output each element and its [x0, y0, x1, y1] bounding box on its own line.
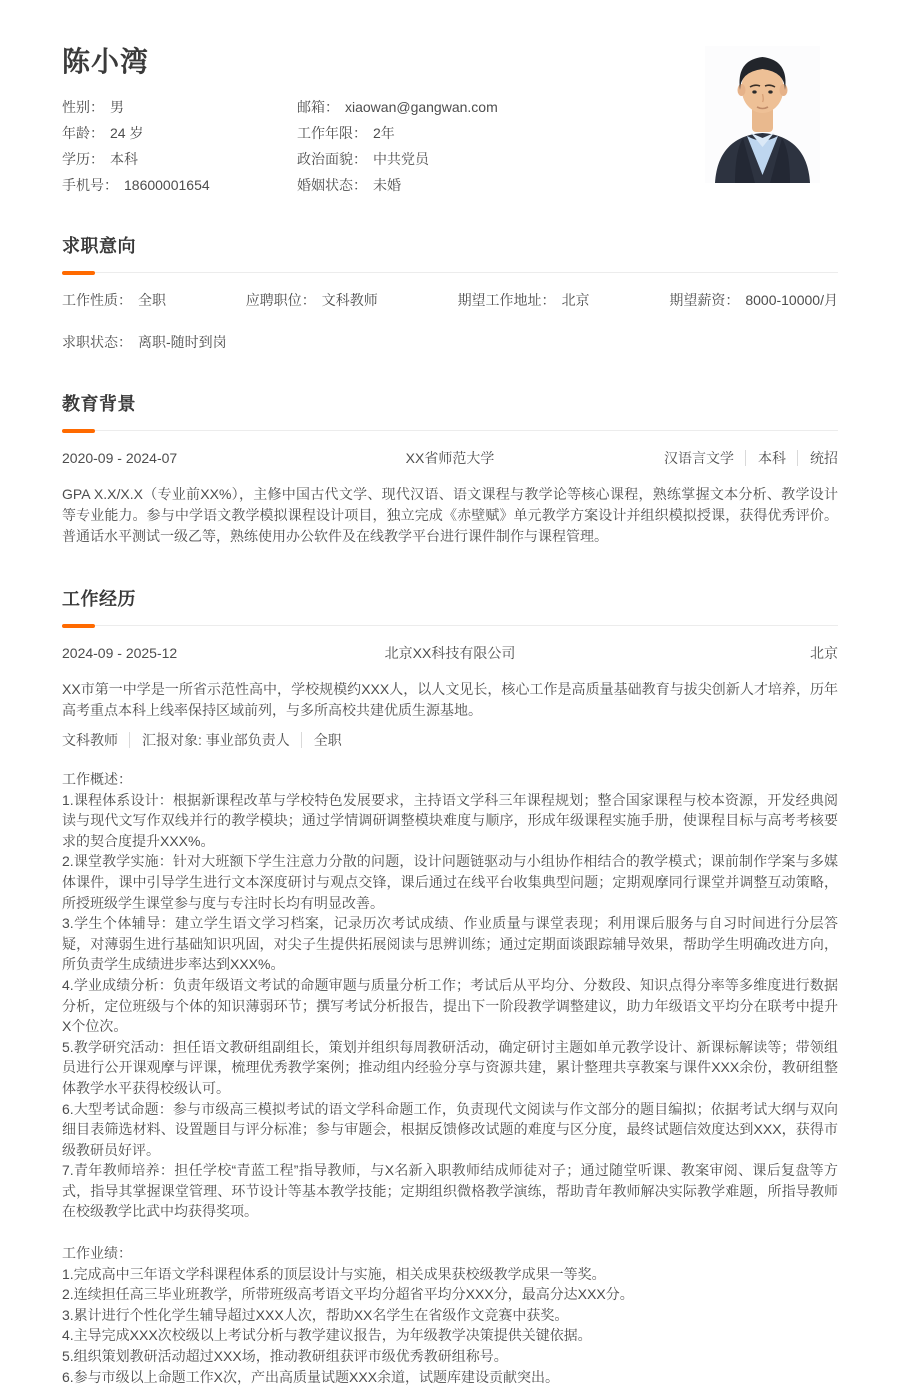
- section-experience: 工作经历 2024-09 - 2025-12 北京XX科技有限公司 北京 XX市…: [62, 585, 838, 1387]
- info-work-years: 工作年限：2年: [297, 126, 657, 140]
- info-marital-status: 婚姻状态：未婚: [297, 178, 657, 192]
- company-intro: XX市第一中学是一所省示范性高中，学校规模约XXX人，以人文见长，核心工作是高质…: [62, 679, 838, 721]
- education-description: GPA X.X/X.X（专业前XX%），主修中国古代文学、现代汉语、语文课程与教…: [62, 484, 838, 547]
- info-phone: 手机号：18600001654: [62, 178, 297, 192]
- overview-item: 1.课程体系设计：根据新课程改革与学校特色发展要求，主持语文学科三年课程规划；整…: [62, 790, 838, 852]
- accent-bar: [62, 271, 95, 275]
- education-tags: 汉语言文学本科统招: [494, 448, 838, 468]
- section-job-intent: 求职意向 工作性质：全职 应聘职位：文科教师 期望工作地址：北京 期望薪资：80…: [62, 232, 838, 352]
- work-overview-label: 工作概述：: [62, 769, 838, 790]
- intent-position: 应聘职位：文科教师: [246, 290, 378, 310]
- portrait-illustration: [705, 46, 820, 183]
- intent-status: 求职状态：离职-随时到岗: [62, 332, 838, 352]
- overview-item: 4.学业成绩分析：负责年级语文考试的命题审题与质量分析工作；考试后从平均分、分数…: [62, 975, 838, 1037]
- achievement-item: 4.主导完成XXX次校级以上考试分析与教学建议报告，为年级教学决策提供关键依据。: [62, 1325, 838, 1346]
- education-period: 2020-09 - 2024-07: [62, 450, 406, 466]
- achievement-item: 1.完成高中三年语文学科课程体系的顶层设计与实施，相关成果获校级教学成果一等奖。: [62, 1264, 838, 1285]
- overview-item: 3.学生个体辅导：建立学生语文学习档案，记录历次考试成绩、作业质量与课堂表现；利…: [62, 913, 838, 975]
- info-email: 邮箱：xiaowan@gangwan.com: [297, 100, 657, 114]
- overview-item: 6.大型考试命题：参与市级高三模拟考试的语文学科命题工作，负责现代文阅读与作文部…: [62, 1099, 838, 1161]
- experience-role-row: 文科教师汇报对象: 事业部负责人全职: [62, 730, 838, 750]
- achievement-item: 6.参与市级以上命题工作X次，产出高质量试题XXX余道，试题库建设贡献突出。: [62, 1367, 838, 1388]
- info-age: 年龄：24 岁: [62, 126, 297, 140]
- education-entry-row: 2020-09 - 2024-07 XX省师范大学 汉语言文学本科统招: [62, 448, 838, 468]
- info-political-status: 政治面貌：中共党员: [297, 152, 657, 166]
- achievement-item: 2.连续担任高三毕业班教学，所带班级高考语文平均分超省平均分XXX分，最高分达X…: [62, 1284, 838, 1305]
- work-achievements-label: 工作业绩：: [62, 1243, 838, 1264]
- education-school: XX省师范大学: [406, 448, 495, 468]
- section-divider: [62, 271, 838, 275]
- section-divider: [62, 429, 838, 433]
- info-gender: 性别：男: [62, 100, 297, 114]
- experience-job-type: 全职: [301, 732, 342, 748]
- accent-bar: [62, 429, 95, 433]
- overview-item: 5.教学研究活动：担任语文教研组副组长，策划并组织每周教研活动，确定研讨主题如单…: [62, 1037, 838, 1099]
- experience-period: 2024-09 - 2025-12: [62, 645, 385, 661]
- education-enrollment-type: 统招: [797, 450, 838, 466]
- section-education: 教育背景 2020-09 - 2024-07 XX省师范大学 汉语言文学本科统招…: [62, 390, 838, 547]
- section-divider: [62, 624, 838, 628]
- accent-bar: [62, 624, 95, 628]
- experience-location: 北京: [515, 643, 838, 663]
- resume-header: 陈小湾 性别：男 邮箱：xiaowan@gangwan.com 年龄：24 岁 …: [62, 40, 838, 194]
- intent-salary: 期望薪资：8000-10000/月: [669, 290, 838, 310]
- job-intent-row: 工作性质：全职 应聘职位：文科教师 期望工作地址：北京 期望薪资：8000-10…: [62, 290, 838, 310]
- education-degree: 本科: [745, 450, 786, 466]
- education-title: 教育背景: [62, 390, 838, 416]
- achievement-item: 5.组织策划教研活动超过XXX场，推动教研组获评市级优秀教研组称号。: [62, 1346, 838, 1367]
- job-intent-title: 求职意向: [62, 232, 838, 258]
- overview-item: 2.课堂教学实施：针对大班额下学生注意力分散的问题，设计问题链驱动与小组协作相结…: [62, 851, 838, 913]
- experience-report-to: 汇报对象: 事业部负责人: [129, 732, 290, 748]
- achievement-item: 3.累计进行个性化学生辅导超过XXX人次，帮助XX名学生在省级作文竞赛中获奖。: [62, 1305, 838, 1326]
- education-major: 汉语言文学: [664, 450, 734, 466]
- info-degree: 学历：本科: [62, 152, 297, 166]
- experience-role: 文科教师: [62, 732, 118, 748]
- intent-job-nature: 工作性质：全职: [62, 290, 166, 310]
- work-achievements-block: 工作业绩： 1.完成高中三年语文学科课程体系的顶层设计与实施，相关成果获校级教学…: [62, 1243, 838, 1387]
- overview-item: 7.青年教师培养：担任学校“青蓝工程”指导教师，与X名新入职教师结成师徒对子；通…: [62, 1160, 838, 1222]
- job-intent-status-row: 求职状态：离职-随时到岗: [62, 332, 838, 352]
- intent-location: 期望工作地址：北京: [458, 290, 590, 310]
- profile-photo: [705, 46, 820, 183]
- experience-entry-row: 2024-09 - 2025-12 北京XX科技有限公司 北京: [62, 643, 838, 663]
- experience-company: 北京XX科技有限公司: [385, 643, 516, 663]
- work-overview-block: 工作概述： 1.课程体系设计：根据新课程改革与学校特色发展要求，主持语文学科三年…: [62, 769, 838, 1222]
- experience-title: 工作经历: [62, 585, 838, 611]
- resume-page: 陈小湾 性别：男 邮箱：xiaowan@gangwan.com 年龄：24 岁 …: [0, 0, 900, 1393]
